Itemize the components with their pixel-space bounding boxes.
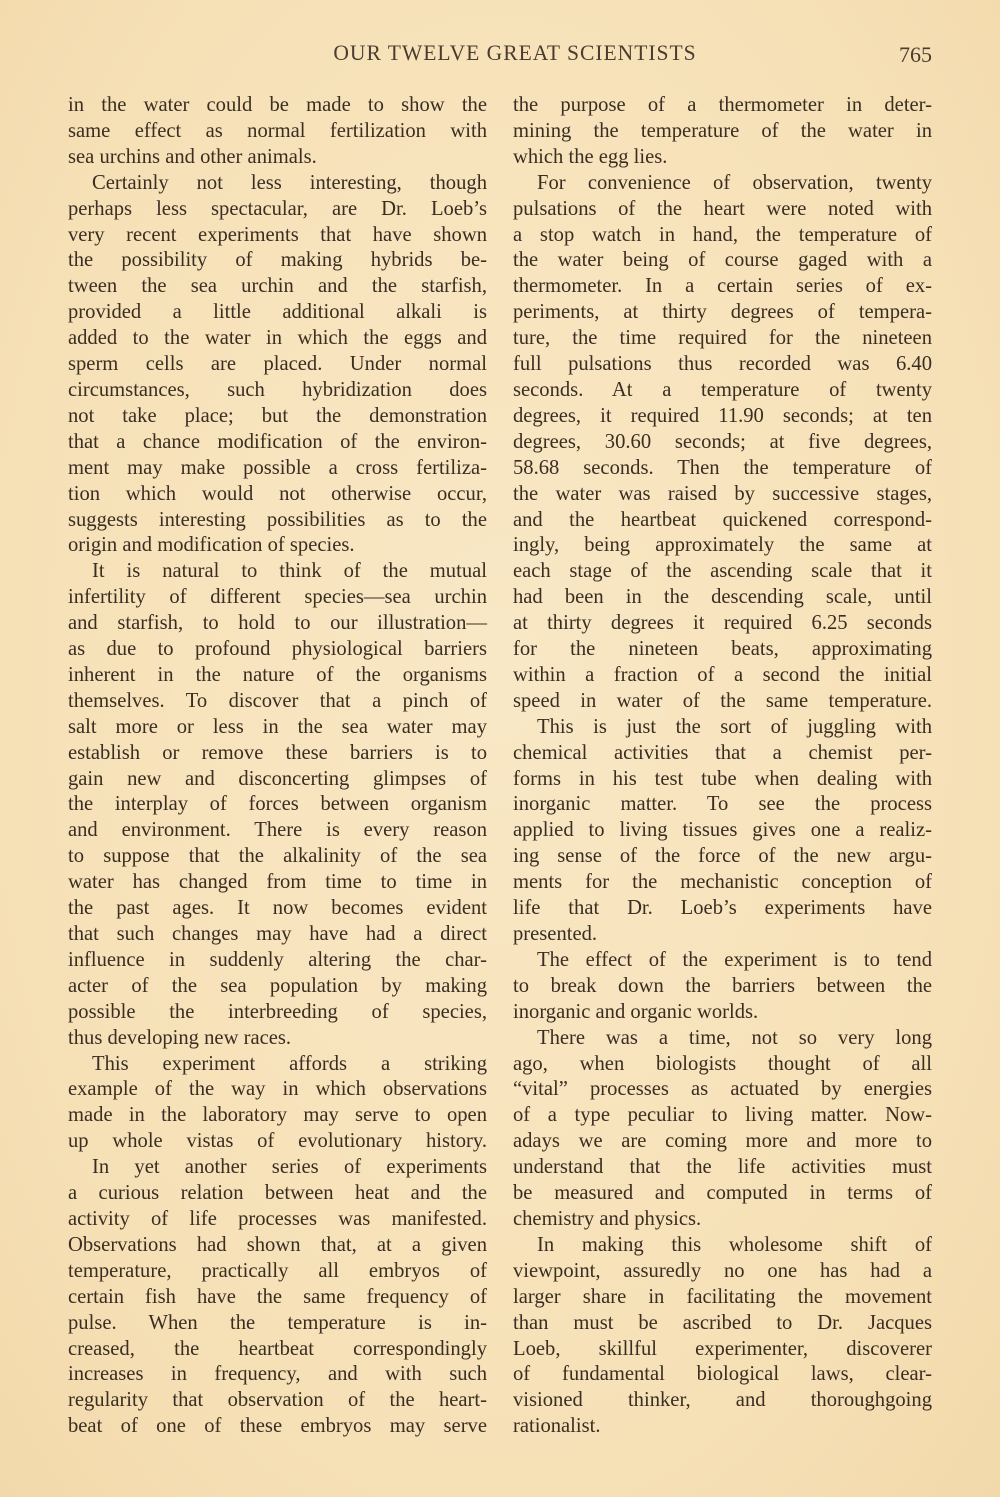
text-line: chemistry and physics.	[513, 1207, 932, 1233]
text-line: activity of life processes was manifeste…	[68, 1207, 487, 1233]
text-line: same effect as normal fertilization with	[68, 119, 487, 145]
text-line: in the water could be made to show the	[68, 93, 487, 119]
text-line: establish or remove these barriers is to	[68, 741, 487, 767]
text-line: salt more or less in the sea water may	[68, 715, 487, 741]
text-line: This is just the sort of juggling with	[513, 715, 932, 741]
text-line: made in the laboratory may serve to open	[68, 1103, 487, 1129]
text-line: There was a time, not so very long	[513, 1026, 932, 1052]
text-line: visioned thinker, and thoroughgoing	[513, 1388, 932, 1414]
text-line: increases in frequency, and with such	[68, 1362, 487, 1388]
text-line: the purpose of a thermometer in deter-	[513, 93, 932, 119]
text-line: which the egg lies.	[513, 145, 932, 171]
text-line: chemical activities that a chemist per-	[513, 741, 932, 767]
text-line: This experiment affords a striking	[68, 1052, 487, 1078]
text-line: origin and modification of species.	[68, 533, 487, 559]
text-line: for the nineteen beats, approximating	[513, 637, 932, 663]
text-line: applied to living tissues gives one a re…	[513, 818, 932, 844]
text-line: be measured and computed in terms of	[513, 1181, 932, 1207]
text-line: the water was raised by successive stage…	[513, 482, 932, 508]
text-line: degrees, 30.60 seconds; at five degrees,	[513, 430, 932, 456]
text-line: Loeb, skillful experimenter, discoverer	[513, 1337, 932, 1363]
text-line: tween the sea urchin and the starfish,	[68, 274, 487, 300]
text-line: gain new and disconcerting glimpses of	[68, 767, 487, 793]
text-line: influence in suddenly altering the char-	[68, 948, 487, 974]
text-line: pulsations of the heart were noted with	[513, 197, 932, 223]
text-line: perhaps less spectacular, are Dr. Loeb’s	[68, 197, 487, 223]
text-line: ago, when biologists thought of all	[513, 1052, 932, 1078]
left-column: in the water could be made to show thesa…	[68, 93, 487, 1440]
text-line: at thirty degrees it required 6.25 secon…	[513, 611, 932, 637]
text-line: Certainly not less interesting, though	[68, 171, 487, 197]
text-line: temperature, practically all embryos of	[68, 1259, 487, 1285]
text-line: of fundamental biological laws, clear-	[513, 1362, 932, 1388]
text-line: tion which would not otherwise occur,	[68, 482, 487, 508]
text-line: than must be ascribed to Dr. Jacques	[513, 1311, 932, 1337]
text-line: the water being of course gaged with a	[513, 248, 932, 274]
text-line: The effect of the experiment is to tend	[513, 948, 932, 974]
running-title: OUR TWELVE GREAT SCIENTISTS	[295, 40, 736, 66]
text-line: presented.	[513, 922, 932, 948]
text-line: In yet another series of experiments	[68, 1155, 487, 1181]
text-line: and starfish, to hold to our illustratio…	[68, 611, 487, 637]
text-line: themselves. To discover that a pinch of	[68, 689, 487, 715]
text-line: of a type peculiar to living matter. Now…	[513, 1103, 932, 1129]
text-line: sea urchins and other animals.	[68, 145, 487, 171]
text-line: that such changes may have had a direct	[68, 922, 487, 948]
text-line: very recent experiments that have shown	[68, 223, 487, 249]
text-line: to suppose that the alkalinity of the se…	[68, 844, 487, 870]
text-line: periments, at thirty degrees of tempera-	[513, 300, 932, 326]
text-line: each stage of the ascending scale that i…	[513, 559, 932, 585]
text-line: infertility of different species—sea urc…	[68, 585, 487, 611]
text-line: regularity that observation of the heart…	[68, 1388, 487, 1414]
text-line: ture, the time required for the nineteen	[513, 326, 932, 352]
text-line: suggests interesting possibilities as to…	[68, 508, 487, 534]
text-line: circumstances, such hybridization does	[68, 378, 487, 404]
text-line: ments for the mechanistic conception of	[513, 870, 932, 896]
text-line: adays we are coming more and more to	[513, 1129, 932, 1155]
text-line: added to the water in which the eggs and	[68, 326, 487, 352]
text-line: not take place; but the demonstration	[68, 404, 487, 430]
text-line: speed in water of the same temperature.	[513, 689, 932, 715]
text-line: a curious relation between heat and the	[68, 1181, 487, 1207]
text-line: inorganic and organic worlds.	[513, 1000, 932, 1026]
text-line: provided a little additional alkali is	[68, 300, 487, 326]
text-line: creased, the heartbeat correspondingly	[68, 1337, 487, 1363]
text-line: a stop watch in hand, the temperature of	[513, 223, 932, 249]
text-line: up whole vistas of evolutionary history.	[68, 1129, 487, 1155]
text-line: and the heartbeat quickened correspond-	[513, 508, 932, 534]
text-line: larger share in facilitating the movemen…	[513, 1285, 932, 1311]
text-line: ment may make possible a cross fertiliza…	[68, 456, 487, 482]
text-line: inorganic matter. To see the process	[513, 792, 932, 818]
text-line: the past ages. It now becomes evident	[68, 896, 487, 922]
text-line: 58.68 seconds. Then the temperature of	[513, 456, 932, 482]
text-line: within a fraction of a second the initia…	[513, 663, 932, 689]
page-number: 765	[899, 42, 932, 68]
text-line: the possibility of making hybrids be-	[68, 248, 487, 274]
right-column: the purpose of a thermometer in deter-mi…	[513, 93, 932, 1440]
text-line: and environment. There is every reason	[68, 818, 487, 844]
text-line: Observations had shown that, at a given	[68, 1233, 487, 1259]
text-line: forms in his test tube when dealing with	[513, 767, 932, 793]
text-line: had been in the descending scale, until	[513, 585, 932, 611]
text-line: ingly, being approximately the same at	[513, 533, 932, 559]
text-line: In making this wholesome shift of	[513, 1233, 932, 1259]
page-header: OUR TWELVE GREAT SCIENTISTS 765	[0, 40, 1000, 74]
text-line: It is natural to think of the mutual	[68, 559, 487, 585]
text-line: that a chance modification of the enviro…	[68, 430, 487, 456]
text-line: pulse. When the temperature is in-	[68, 1311, 487, 1337]
text-line: beat of one of these embryos may serve	[68, 1414, 487, 1440]
text-line: sperm cells are placed. Under normal	[68, 352, 487, 378]
text-line: as due to profound physiological barrier…	[68, 637, 487, 663]
text-line: viewpoint, assuredly no one has had a	[513, 1259, 932, 1285]
text-line: understand that the life activities must	[513, 1155, 932, 1181]
text-line: acter of the sea population by making	[68, 974, 487, 1000]
text-line: possible the interbreeding of species,	[68, 1000, 487, 1026]
text-line: inherent in the nature of the organisms	[68, 663, 487, 689]
text-line: to break down the barriers between the	[513, 974, 932, 1000]
text-line: life that Dr. Loeb’s experiments have	[513, 896, 932, 922]
text-line: certain fish have the same frequency of	[68, 1285, 487, 1311]
text-line: mining the temperature of the water in	[513, 119, 932, 145]
text-line: rationalist.	[513, 1414, 932, 1440]
text-line: thermometer. In a certain series of ex-	[513, 274, 932, 300]
text-line: thus developing new races.	[68, 1026, 487, 1052]
text-line: degrees, it required 11.90 seconds; at t…	[513, 404, 932, 430]
text-line: the interplay of forces between organism	[68, 792, 487, 818]
text-line: For convenience of observation, twenty	[513, 171, 932, 197]
text-line: seconds. At a temperature of twenty	[513, 378, 932, 404]
text-line: example of the way in which observations	[68, 1077, 487, 1103]
text-line: ing sense of the force of the new argu-	[513, 844, 932, 870]
text-line: “vital” processes as actuated by energie…	[513, 1077, 932, 1103]
text-line: water has changed from time to time in	[68, 870, 487, 896]
text-line: full pulsations thus recorded was 6.40	[513, 352, 932, 378]
